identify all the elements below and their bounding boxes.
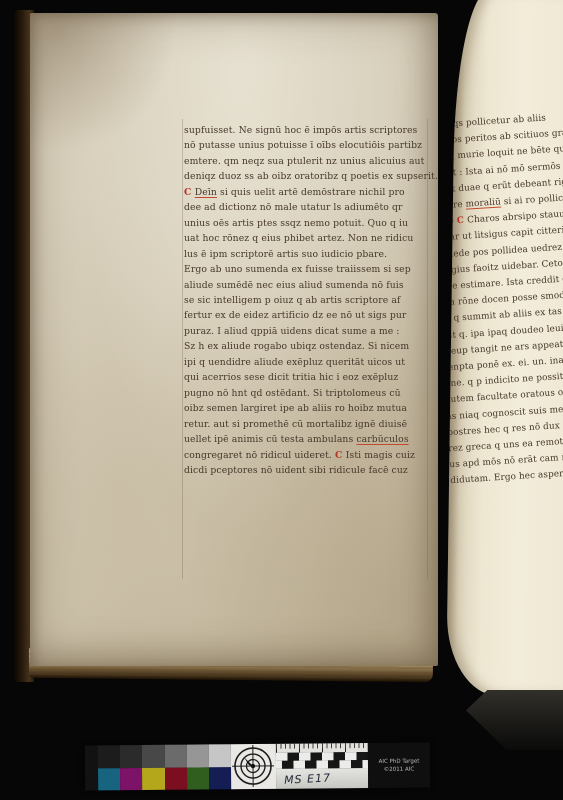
target-middle-section: MS E17 xyxy=(276,743,368,789)
color-patch xyxy=(209,767,231,790)
line-segment: moraliū xyxy=(465,197,501,209)
brand-line2: ©2011 AIC xyxy=(384,766,415,772)
gray-patch xyxy=(98,745,120,768)
target-brand-section: AIC PhD Target ©2011 AIC xyxy=(368,742,430,788)
rubric-capitulum: C xyxy=(335,450,346,461)
handwritten-label: MS E17 xyxy=(284,771,332,786)
manuscript-line: uellet ipē animis cū testa ambulans carb… xyxy=(184,432,426,447)
left-page-text-block: supfuisset. Ne signū hoc ē impōs artis s… xyxy=(184,123,430,478)
manuscript-line: lus ē ipm scriptorē artis suo iudicio pb… xyxy=(184,247,426,262)
manuscript-line: retur. aut si promethē cū mortalibz ignē… xyxy=(184,417,426,432)
line-segment: qui acerrios sese dicit tritia hic i eoz… xyxy=(184,372,398,383)
line-segment: si ai ro pollicit xyxy=(501,193,563,207)
line-segment: emtere. qm neqz sua ptulerit nz unius al… xyxy=(184,156,424,167)
line-segment: Ergo ab uno sumenda ex fuisse traiissem … xyxy=(184,264,411,275)
color-patch xyxy=(142,767,164,790)
manuscript-line: ipi q uendidre aliude exēpluz queritāt u… xyxy=(184,355,426,370)
manuscript-line: congregaret nō ridicul uideret. C Isti m… xyxy=(184,448,426,463)
line-segment: supfuisset. Ne signū hoc ē impōs artis s… xyxy=(184,125,417,136)
line-segment: congregaret nō ridicul uideret. xyxy=(184,450,335,461)
line-segment: si quis uelit artē demōstrare nichil pro xyxy=(217,187,405,198)
manuscript-line: dee ad dictionz nō male utatur ls adiumē… xyxy=(184,200,426,215)
color-patch xyxy=(165,767,187,790)
manuscript-line: emtere. qm neqz sua ptulerit nz unius al… xyxy=(184,154,426,169)
manuscript-line: se sic intelligem p oiuz q ab artis scri… xyxy=(184,293,426,308)
line-segment: lus ē ipm scriptorē artis suo iudicio pb… xyxy=(184,249,387,260)
line-segment: aliude sumēdē nec eius aliud sumenda nō … xyxy=(184,280,404,291)
gray-patch xyxy=(186,744,208,767)
patch-column xyxy=(164,745,187,790)
line-segment: Isti magis cuiz xyxy=(346,450,415,461)
gray-patch xyxy=(120,745,142,768)
line-segment: ai fere xyxy=(446,200,466,212)
label-strip: MS E17 xyxy=(276,768,368,789)
left-page: supfuisset. Ne signū hoc ē impōs artis s… xyxy=(30,13,438,666)
brand-line1: AIC PhD Target xyxy=(379,758,420,764)
manuscript-line: aliude sumēdē nec eius aliud sumenda nō … xyxy=(184,278,426,293)
manuscript-line: qui acerrios sese dicit tritia hic i eoz… xyxy=(184,370,426,385)
manuscript-photo: { "scene": { "background_color": "#06060… xyxy=(0,0,563,800)
manuscript-line: dicdi pceptores nō uident sibi ridicule … xyxy=(184,463,426,478)
line-segment: ipi q uendidre aliude exēpluz queritāt u… xyxy=(184,357,405,368)
book-cradle xyxy=(466,690,563,750)
line-segment: puraz. I aliud qppiā uidens dicat sume a… xyxy=(184,326,400,337)
manuscript-line: pugno nō hnt qd ostēdant. Si triptolomeu… xyxy=(184,386,426,401)
calibration-target: MS E17 AIC PhD Target ©2011 AIC xyxy=(85,742,430,790)
manuscript-line: unius oēs artis ptes ssqz nemo potuit. Q… xyxy=(184,216,426,231)
line-segment: se sic intelligem p oiuz q ab artis scri… xyxy=(184,295,400,306)
rubric-capitulum: C xyxy=(184,187,195,198)
registration-target-icon xyxy=(231,744,276,789)
line-segment: carbūculos xyxy=(356,434,408,445)
manuscript-line: uat hoc rōnez q eius phibet artez. Non n… xyxy=(184,231,426,246)
color-patch-grid xyxy=(85,744,231,790)
gray-patch xyxy=(209,744,231,767)
manuscript-line: fertur ex de eidez artificio dz ee nō ut… xyxy=(184,308,426,323)
line-segment: dee ad dictionz nō male utatur ls adiumē… xyxy=(184,202,403,213)
right-page-text-block: qz aliqs pollicetur ab aliisuaticos peri… xyxy=(446,104,563,490)
manuscript-line: puraz. I aliud qppiā uidens dicat sume a… xyxy=(184,324,426,339)
manuscript-line: supfuisset. Ne signū hoc ē impōs artis s… xyxy=(184,123,426,138)
manuscript-line: oibz semen largiret ipe ab aliis ro hoib… xyxy=(184,401,426,416)
patch-black xyxy=(85,745,98,790)
patch-column xyxy=(120,745,143,790)
line-segment: deniqz duoz ss ab oibz oratoribz q poeti… xyxy=(184,171,438,182)
line-segment: retur. aut si promethē cū mortalibz ignē… xyxy=(184,419,407,430)
manuscript-line: Sz h ex aliude rogabo ubiqz ostendaz. Si… xyxy=(184,339,426,354)
color-patch xyxy=(187,767,209,790)
rubric-capitulum: C xyxy=(457,216,468,227)
gray-patch xyxy=(142,745,164,768)
line-segment: unius oēs artis ptes ssqz nemo potuit. Q… xyxy=(184,218,408,229)
color-patch xyxy=(120,768,142,791)
line-segment: Deīn xyxy=(195,187,217,198)
line-segment: oibz semen largiret ipe ab aliis ro hoib… xyxy=(184,403,407,414)
line-segment: pugno nō hnt qd ostēdant. Si triptolomeu… xyxy=(184,388,401,399)
manuscript-line: C Deīn si quis uelit artē demōstrare nic… xyxy=(184,185,426,200)
manuscript-line: nō putasse unius potuisse ī oībs elocuti… xyxy=(184,138,426,153)
patch-column xyxy=(142,745,165,790)
line-segment: fertur ex de eidez artificio dz ee nō ut… xyxy=(184,310,406,321)
line-segment: uellet ipē animis cū testa ambulans xyxy=(184,434,356,445)
patch-column xyxy=(98,745,121,790)
line-segment: dicdi pceptores nō uident sibi ridicule … xyxy=(184,465,408,476)
registration-target xyxy=(231,744,276,789)
line-segment: Sz h ex aliude rogabo ubiqz ostendaz. Si… xyxy=(184,341,409,352)
patch-column xyxy=(186,744,209,789)
color-patch xyxy=(98,768,120,791)
manuscript-line: deniqz duoz ss ab oibz oratoribz q poeti… xyxy=(184,169,426,184)
manuscript-line: Ergo ab uno sumenda ex fuisse traiissem … xyxy=(184,262,426,277)
patch-column xyxy=(209,744,232,789)
line-segment: nō putasse unius potuisse ī oībs elocuti… xyxy=(184,140,422,151)
gray-patch xyxy=(164,745,186,768)
right-page: qz aliqs pollicetur ab aliisuaticos peri… xyxy=(446,0,563,697)
line-segment: uat hoc rōnez q eius phibet artez. Non n… xyxy=(184,233,413,244)
ruling-line-left xyxy=(182,119,183,579)
